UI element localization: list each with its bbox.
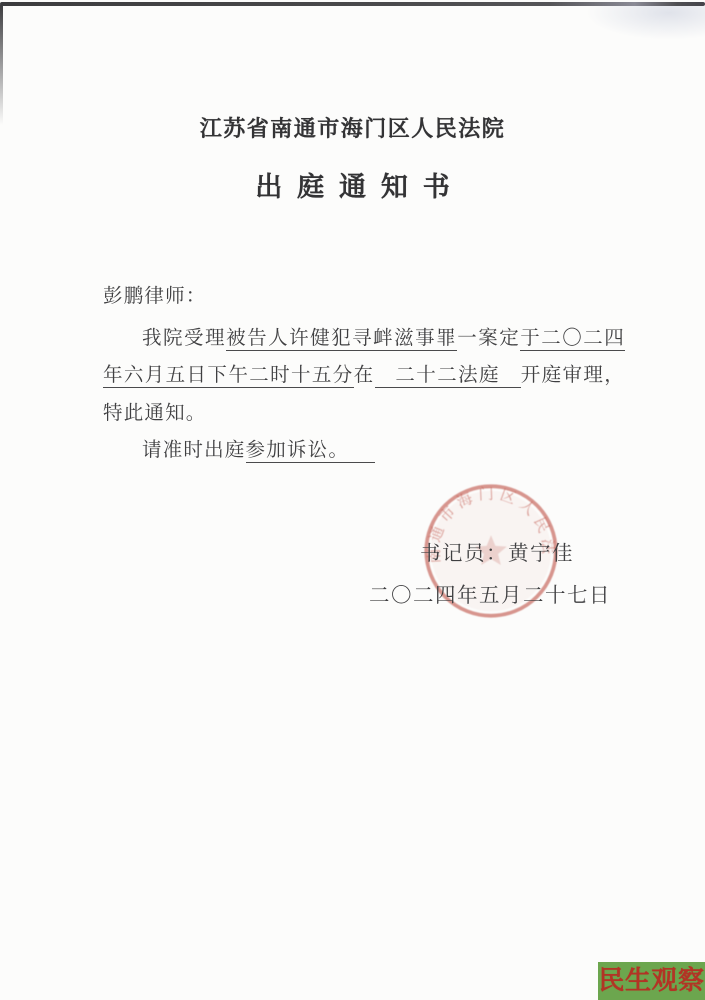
underlined-defendant-and-charge: 被告人许健犯寻衅滋事罪 xyxy=(226,328,457,351)
body-segment: 请准时出庭 xyxy=(142,440,246,461)
document-title: 出庭通知书 xyxy=(15,165,705,204)
watermark-badge: 民生观察 xyxy=(598,962,705,1000)
underlined-attend-litigation: 参加诉讼。 xyxy=(246,440,376,463)
underlined-courtroom: 二十二法庭 xyxy=(375,365,521,388)
scan-smudge-artifact xyxy=(585,6,705,40)
court-name: 江苏省南通市海门区人民法院 xyxy=(0,112,705,143)
salutation-line: 彭鹏律师： xyxy=(103,278,625,316)
scanned-document-page: 江苏省南通市海门区人民法院 出庭通知书 彭鹏律师： 我院受理被告人许健犯寻衅滋事… xyxy=(0,0,705,1000)
body-segment: 一案定 xyxy=(457,328,520,349)
body-segment: 我院受理 xyxy=(142,328,226,349)
salutation-text: 彭鹏律师： xyxy=(103,286,207,307)
document-header: 江苏省南通市海门区人民法院 出庭通知书 xyxy=(0,112,705,204)
document-date-line: 二〇二四年五月二十七日 xyxy=(369,578,611,608)
notice-body: 彭鹏律师： 我院受理被告人许健犯寻衅滋事罪一案定于二〇二四年六月五日下午二时十五… xyxy=(103,278,625,470)
scan-left-edge-artifact xyxy=(0,5,3,125)
watermark-text: 民生观察 xyxy=(598,968,704,994)
clerk-signature-line: 书记员：黄宁佳 xyxy=(420,536,574,566)
notice-main-paragraph: 我院受理被告人许健犯寻衅滋事罪一案定于二〇二四年六月五日下午二时十五分在 二十二… xyxy=(103,320,625,433)
notice-closing-paragraph: 请准时出庭参加诉讼。 xyxy=(103,432,625,470)
body-segment: 在 xyxy=(354,365,375,386)
